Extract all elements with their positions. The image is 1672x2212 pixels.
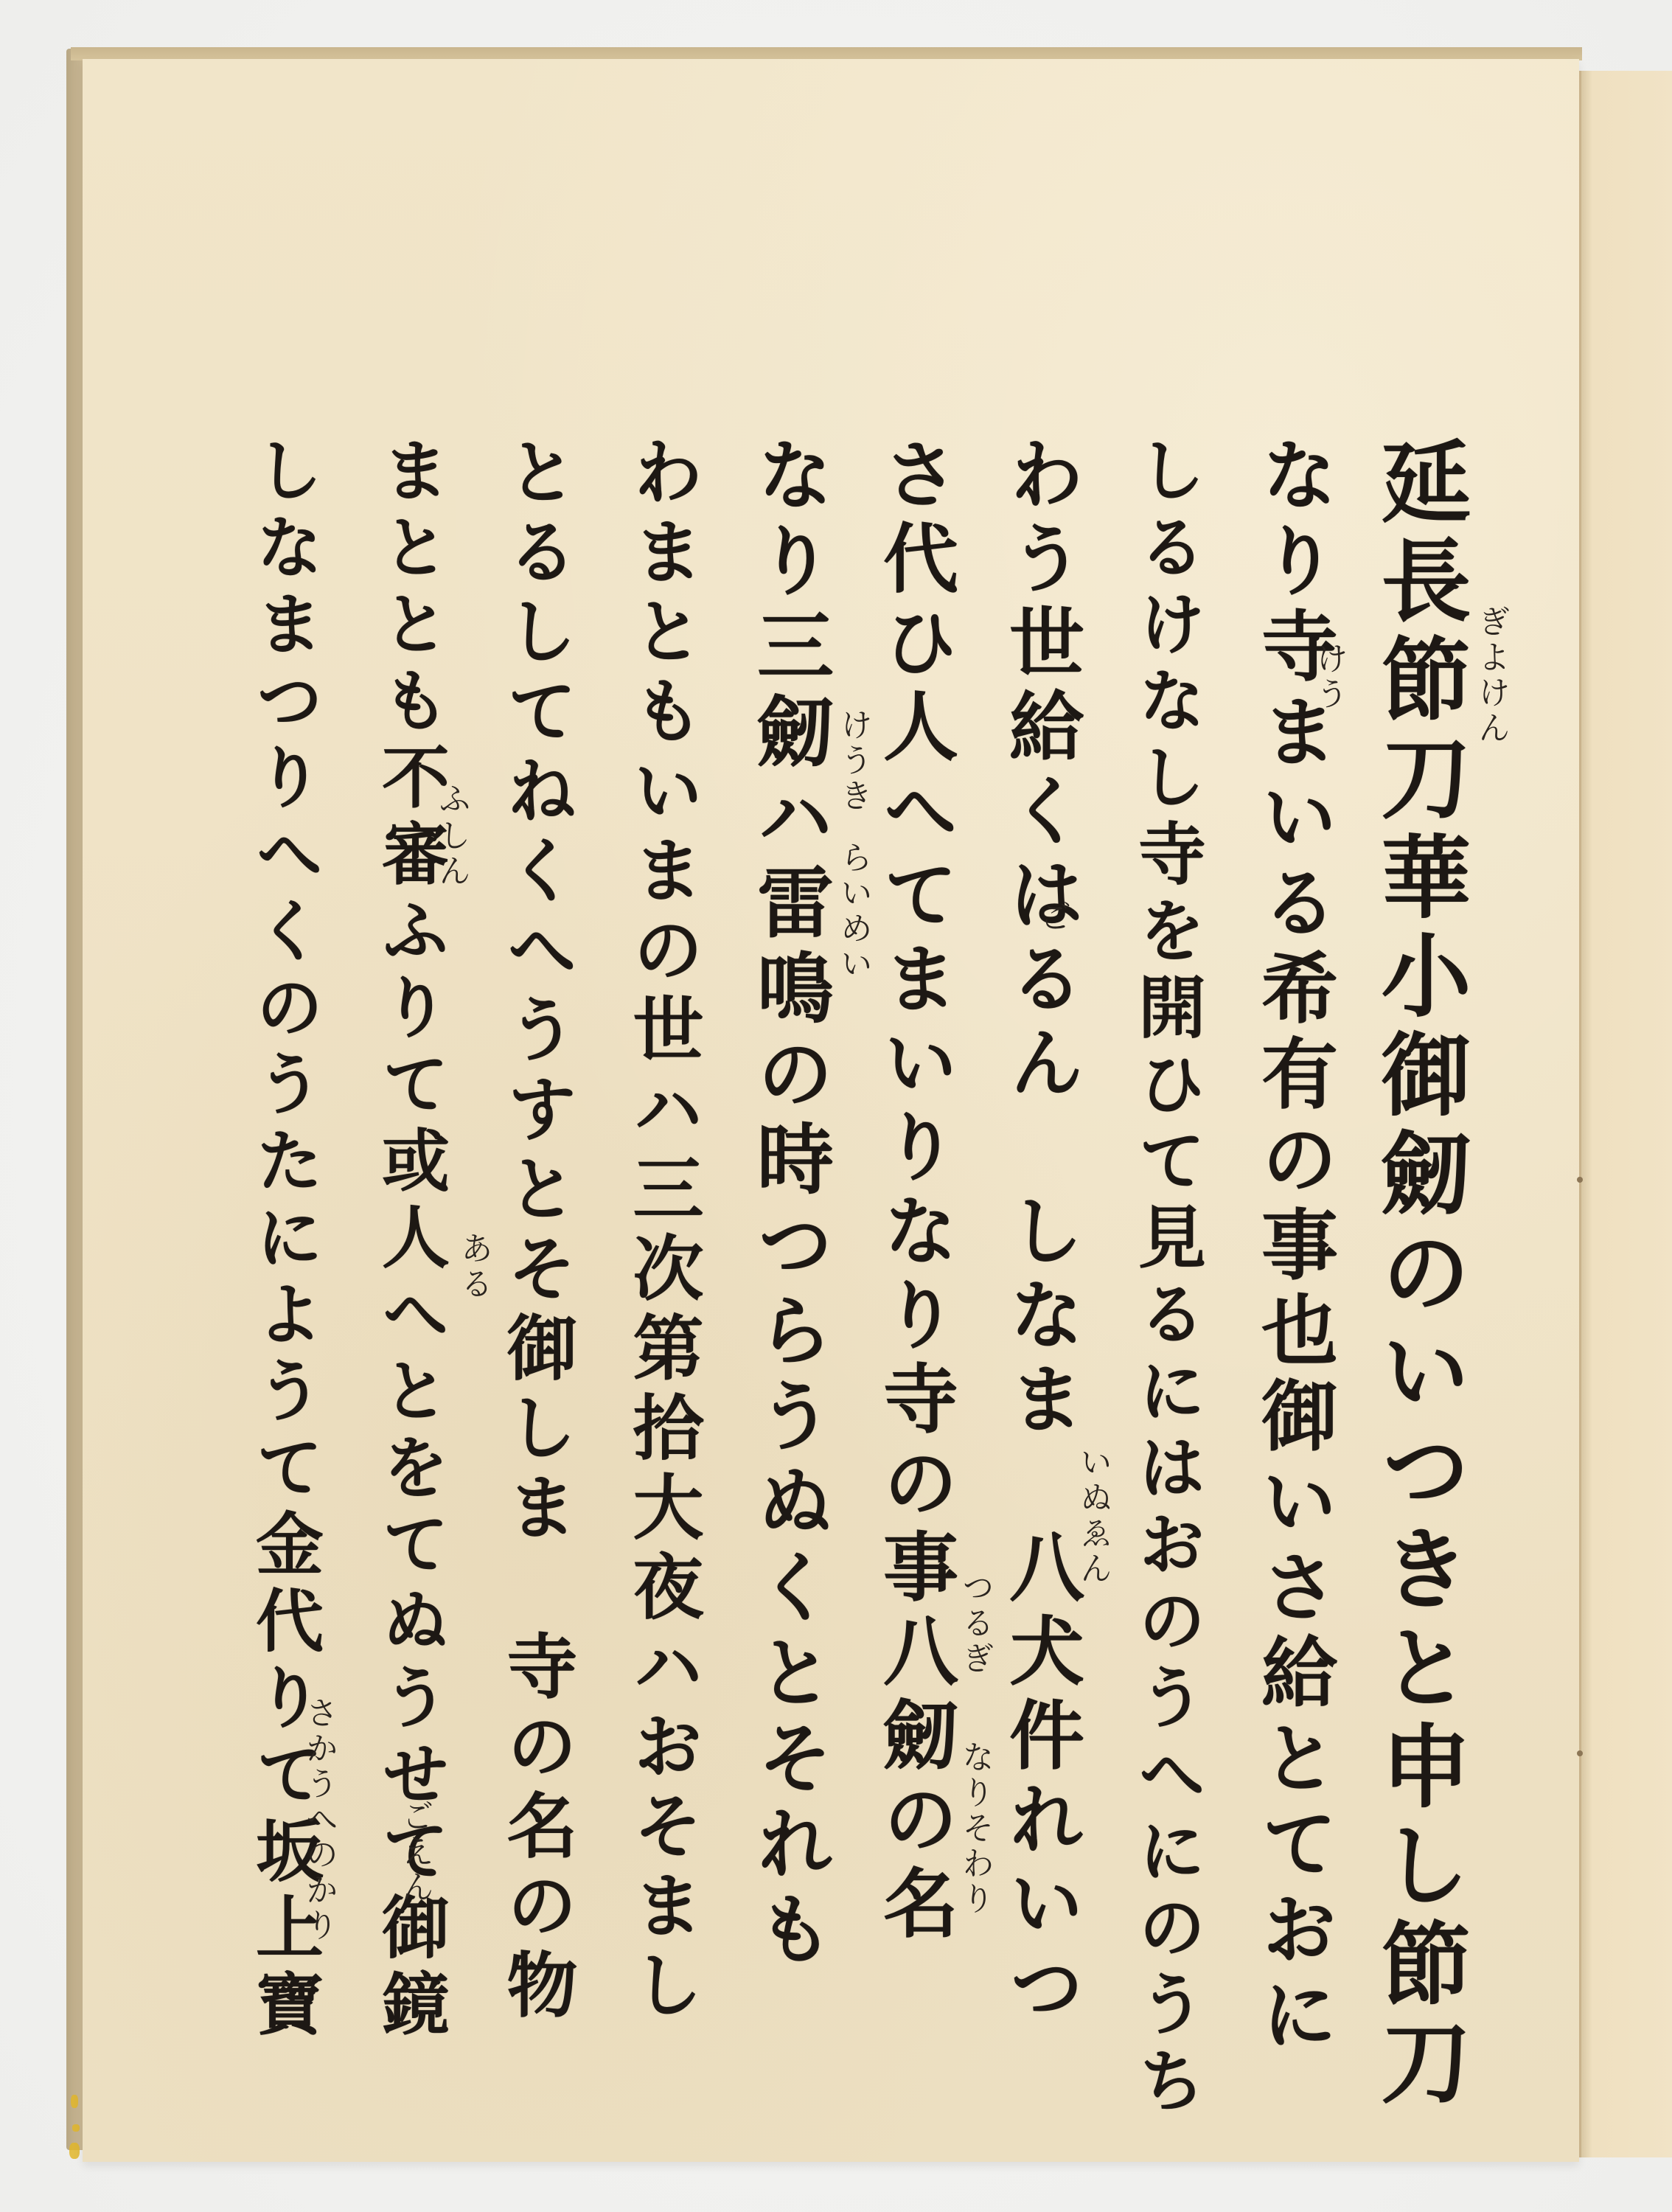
furigana: らいめい	[829, 841, 877, 982]
binding-hole	[1577, 1750, 1583, 1756]
adjacent-page-edge	[1579, 71, 1672, 2157]
binding-hole	[1577, 1177, 1583, 1183]
gold-leaf-flake	[69, 2143, 80, 2159]
gold-leaf-flake	[71, 2095, 78, 2108]
gold-leaf-flake	[72, 2124, 80, 2132]
furigana: けうき	[829, 708, 877, 814]
furigana: いぬゑん	[1069, 1445, 1116, 1587]
furigana: ご	[1028, 900, 1076, 935]
text-column-9: まととも不審ふりて或人へとをてぬうせて御鏡	[355, 435, 466, 2020]
text-column-7: わまともいまの世ハ三次第拾大夜ハおそまし	[607, 435, 718, 2020]
furigana: さかうへのかり	[295, 1696, 342, 1944]
text-column-4: わう世給くはるん しなま 八犬件れいつ	[986, 435, 1096, 2020]
furigana: けう	[1305, 641, 1352, 712]
furigana: ぎよけん	[1467, 605, 1514, 746]
text-column-3: しるけなし寺を開ひて見るにはおのうへにのうち	[1112, 435, 1222, 2020]
furigana: ある	[450, 1231, 497, 1302]
furigana: なりそわり	[951, 1740, 998, 1917]
furigana: ふ	[428, 782, 475, 817]
text-columns: 延長節刀華小御劒のいつきと申し節刀 なり寺まいる希有の事也御いさ給とておに しる…	[221, 435, 1474, 2020]
furigana: しん	[428, 818, 475, 889]
text-column-1: 延長節刀華小御劒のいつきと申し節刀	[1364, 435, 1474, 2020]
text-column-8: とるしてねくへうすとそ御しま 寺の名の物	[481, 435, 592, 2020]
furigana: ごえん	[391, 1799, 438, 1905]
text-column-6: なり三劒ハ雷鳴の時つらうぬくとそれも	[734, 435, 844, 2020]
furigana: つるぎ	[951, 1571, 998, 1677]
